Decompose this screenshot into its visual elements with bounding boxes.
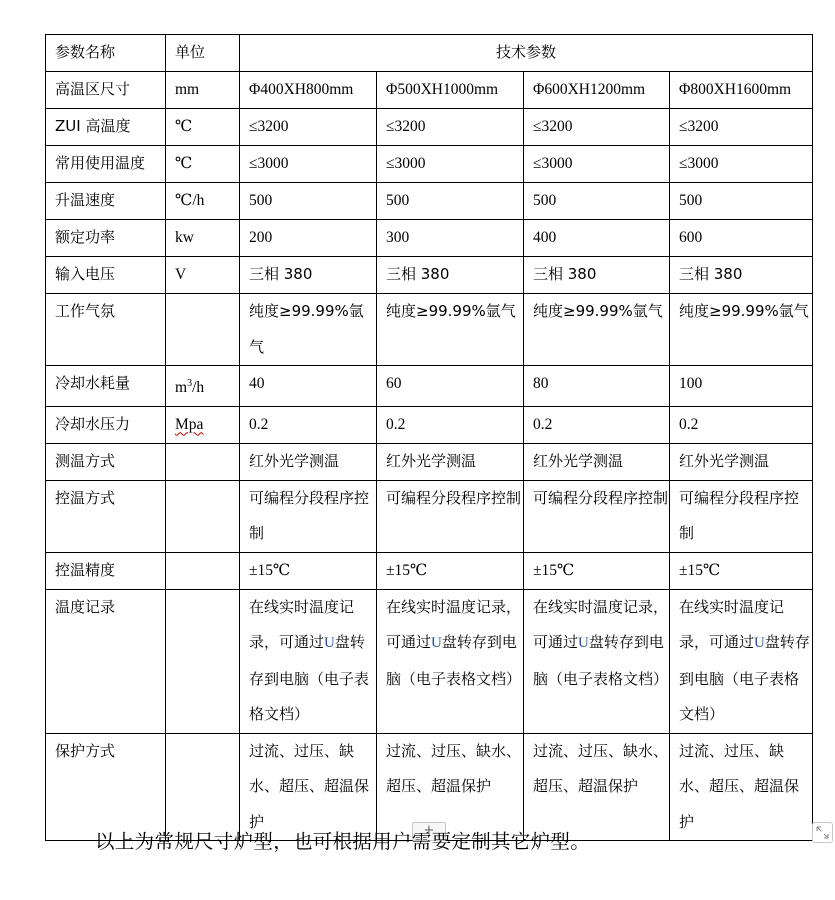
unit-base: m <box>175 379 187 396</box>
row-label: 冷却水耗量 <box>46 366 166 407</box>
cell-value: 过流、过压、缺水、超压、超温保护 <box>240 733 377 841</box>
row-unit: ℃ <box>166 146 240 183</box>
row-label: 额定功率 <box>46 220 166 257</box>
table-row: 高温区尺寸 mm Φ400XH800mm Φ500XH1000mm Φ600XH… <box>46 72 813 109</box>
cell-value: 可编程分段程序控制 <box>377 480 524 552</box>
row-label: 常用使用温度 <box>46 146 166 183</box>
row-label: 工作气氛 <box>46 294 166 366</box>
table-row: 工作气氛 纯度≥99.99%氩气 纯度≥99.99%氩气 纯度≥99.99%氩气… <box>46 294 813 366</box>
row-unit <box>166 589 240 733</box>
cell-text-u: U <box>324 635 335 651</box>
table-row: 温度记录 在线实时温度记录，可通过U盘转存到电脑（电子表格文档） 在线实时温度记… <box>46 589 813 733</box>
resize-arrows-icon <box>813 823 832 842</box>
table-row: 控温方式 可编程分段程序控制 可编程分段程序控制 可编程分段程序控制 可编程分段… <box>46 480 813 552</box>
cell-value: 可编程分段程序控制 <box>670 480 813 552</box>
unit-tail: /h <box>192 379 204 396</box>
cell-value: 纯度≥99.99%氩气 <box>524 294 670 366</box>
cell-value: 在线实时温度记录，可通过U盘转存到电脑（电子表格文档） <box>670 589 813 733</box>
table-row: 测温方式 红外光学测温 红外光学测温 红外光学测温 红外光学测温 <box>46 443 813 480</box>
row-label: 保护方式 <box>46 733 166 841</box>
cell-value: ≤3000 <box>240 146 377 183</box>
cell-value: ≤3200 <box>524 109 670 146</box>
row-label: 冷却水压力 <box>46 406 166 443</box>
cell-value: 过流、过压、缺水、超压、超温保护 <box>524 733 670 841</box>
cell-value: 600 <box>670 220 813 257</box>
cell-value: ≤3000 <box>524 146 670 183</box>
cell-value: 红外光学测温 <box>377 443 524 480</box>
cell-value: 纯度≥99.99%氩气 <box>377 294 524 366</box>
cell-value: ±15℃ <box>240 552 377 589</box>
cell-value: 纯度≥99.99%氩气 <box>240 294 377 366</box>
row-label: 高温区尺寸 <box>46 72 166 109</box>
table-row: 常用使用温度 ℃ ≤3000 ≤3000 ≤3000 ≤3000 <box>46 146 813 183</box>
cell-value: 在线实时温度记录，可通过U盘转存到电脑（电子表格文档） <box>240 589 377 733</box>
row-unit: V <box>166 257 240 294</box>
cell-value: 可编程分段程序控制 <box>524 480 670 552</box>
row-unit: Mpa <box>166 406 240 443</box>
row-label: 控温方式 <box>46 480 166 552</box>
header-param-name: 参数名称 <box>46 35 166 72</box>
cell-value: 纯度≥99.99%氩气 <box>670 294 813 366</box>
cell-value: 0.2 <box>670 406 813 443</box>
footnote-text: 以上为常规尺寸炉型，也可根据用户需要定制其它炉型。 <box>95 826 590 854</box>
cell-value: Φ800XH1600mm <box>670 72 813 109</box>
cell-value: ≤3200 <box>240 109 377 146</box>
cell-value: ≤3200 <box>377 109 524 146</box>
cell-value: 在线实时温度记录，可通过U盘转存到电脑（电子表格文档） <box>524 589 670 733</box>
cell-value: 可编程分段程序控制 <box>240 480 377 552</box>
table-row: 升温速度 ℃/h 500 500 500 500 <box>46 183 813 220</box>
table-resize-handle[interactable] <box>812 822 833 843</box>
table-row: 冷却水压力 Mpa 0.2 0.2 0.2 0.2 <box>46 406 813 443</box>
spellcheck-underlined-unit[interactable]: Mpa <box>175 416 203 433</box>
cell-value: ±15℃ <box>377 552 524 589</box>
table-row: 额定功率 kw 200 300 400 600 <box>46 220 813 257</box>
row-unit: m3/h <box>166 366 240 407</box>
table-row: 控温精度 ±15℃ ±15℃ ±15℃ ±15℃ <box>46 552 813 589</box>
table-row: 冷却水耗量 m3/h 40 60 80 100 <box>46 366 813 407</box>
cell-value: 在线实时温度记录，可通过U盘转存到电脑（电子表格文档） <box>377 589 524 733</box>
cell-value: 80 <box>524 366 670 407</box>
cell-value: 0.2 <box>377 406 524 443</box>
row-unit: kw <box>166 220 240 257</box>
cell-value: 400 <box>524 220 670 257</box>
cell-value: 过流、过压、缺水、超压、超温保护 <box>670 733 813 841</box>
cell-value: ≤3000 <box>377 146 524 183</box>
cell-value: 100 <box>670 366 813 407</box>
row-label: ZUI 高温度 <box>46 109 166 146</box>
cell-value: 红外光学测温 <box>670 443 813 480</box>
cell-value: 三相 380 <box>377 257 524 294</box>
row-label: 输入电压 <box>46 257 166 294</box>
cell-value: 60 <box>377 366 524 407</box>
cell-value: Φ400XH800mm <box>240 72 377 109</box>
row-unit <box>166 733 240 841</box>
cell-value: 40 <box>240 366 377 407</box>
row-unit: mm <box>166 72 240 109</box>
cell-text-u: U <box>431 635 442 651</box>
cell-value: 红外光学测温 <box>240 443 377 480</box>
cell-value: ±15℃ <box>524 552 670 589</box>
table-row: 输入电压 V 三相 380 三相 380 三相 380 三相 380 <box>46 257 813 294</box>
cell-value: 500 <box>524 183 670 220</box>
cell-value: 0.2 <box>240 406 377 443</box>
cell-text-u: U <box>578 635 589 651</box>
row-unit <box>166 552 240 589</box>
cell-text-u: U <box>754 635 765 651</box>
cell-value: Φ500XH1000mm <box>377 72 524 109</box>
row-unit <box>166 480 240 552</box>
header-row: 参数名称 单位 技术参数 <box>46 35 813 72</box>
row-label: 温度记录 <box>46 589 166 733</box>
cell-value: ±15℃ <box>670 552 813 589</box>
row-unit <box>166 443 240 480</box>
cell-value: 过流、过压、缺水、超压、超温保护 <box>377 733 524 841</box>
row-unit: ℃ <box>166 109 240 146</box>
cell-value: 500 <box>240 183 377 220</box>
header-unit: 单位 <box>166 35 240 72</box>
cell-value: 300 <box>377 220 524 257</box>
cell-value: 500 <box>670 183 813 220</box>
spec-table: 参数名称 单位 技术参数 高温区尺寸 mm Φ400XH800mm Φ500XH… <box>45 34 813 841</box>
cell-value: 三相 380 <box>670 257 813 294</box>
row-unit <box>166 294 240 366</box>
row-label: 控温精度 <box>46 552 166 589</box>
cell-value: ≤3200 <box>670 109 813 146</box>
cell-value: ≤3000 <box>670 146 813 183</box>
table-row: ZUI 高温度 ℃ ≤3200 ≤3200 ≤3200 ≤3200 <box>46 109 813 146</box>
cell-value: 500 <box>377 183 524 220</box>
cell-value: 200 <box>240 220 377 257</box>
row-label: 升温速度 <box>46 183 166 220</box>
row-label: 测温方式 <box>46 443 166 480</box>
cell-value: 三相 380 <box>240 257 377 294</box>
row-unit: ℃/h <box>166 183 240 220</box>
header-tech-params: 技术参数 <box>240 35 813 72</box>
cell-value: 0.2 <box>524 406 670 443</box>
cell-value: 红外光学测温 <box>524 443 670 480</box>
cell-value: 三相 380 <box>524 257 670 294</box>
cell-value: Φ600XH1200mm <box>524 72 670 109</box>
